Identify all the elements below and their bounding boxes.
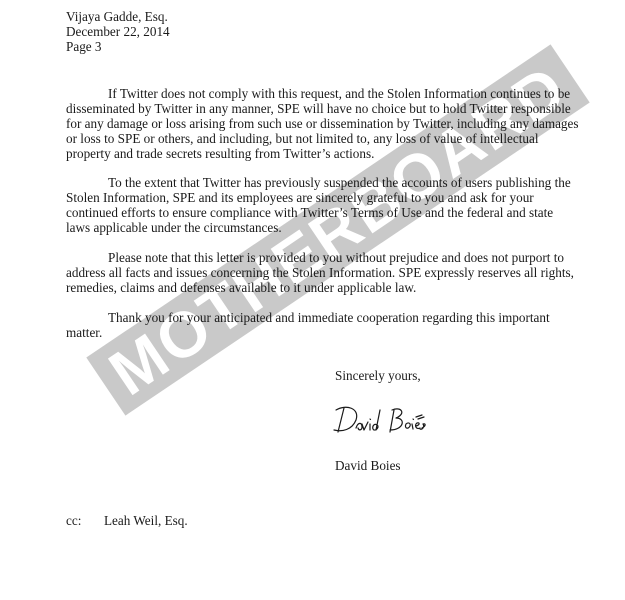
paragraph-line: or loss to SPE or others, and including,… <box>66 131 586 146</box>
paragraph-noncompliance: If Twitter does not comply with this req… <box>66 86 586 161</box>
page-number: Page 3 <box>66 39 170 54</box>
cc-recipient: Leah Weil, Esq. <box>104 513 188 528</box>
letter-header: Vijaya Gadde, Esq. December 22, 2014 Pag… <box>66 9 170 54</box>
paragraph-line: Stolen Information, SPE and its employee… <box>66 190 586 205</box>
recipient-name: Vijaya Gadde, Esq. <box>66 9 170 24</box>
paragraph-thanks: Thank you for your anticipated and immed… <box>66 310 586 340</box>
paragraph-gratitude: To the extent that Twitter has previousl… <box>66 175 586 235</box>
paragraph-line: Thank you for your anticipated and immed… <box>66 310 586 325</box>
paragraph-line: To the extent that Twitter has previousl… <box>66 175 586 190</box>
paragraph-line: remedies, claims and defenses available … <box>66 280 586 295</box>
paragraph-line: disseminated by Twitter in any manner, S… <box>66 101 586 116</box>
handwritten-signature-icon <box>330 400 450 440</box>
paragraph-line: continued efforts to ensure compliance w… <box>66 205 586 220</box>
paragraph-line: matter. <box>66 325 586 340</box>
closing-salutation: Sincerely yours, <box>335 368 421 383</box>
paragraph-line: address all facts and issues concerning … <box>66 265 586 280</box>
signer-name: David Boies <box>335 458 401 473</box>
carbon-copy: cc: Leah Weil, Esq. <box>66 513 188 528</box>
paragraph-line: Please note that this letter is provided… <box>66 250 586 265</box>
paragraph-line: for any damage or loss arising from such… <box>66 116 586 131</box>
paragraph-line: property and trade secrets resulting fro… <box>66 146 586 161</box>
paragraph-line: If Twitter does not comply with this req… <box>66 86 586 101</box>
cc-label: cc: <box>66 513 104 528</box>
paragraph-line: laws applicable under the circumstances. <box>66 220 586 235</box>
letter-date: December 22, 2014 <box>66 24 170 39</box>
letter-page: MOTHERBOARD Vijaya Gadde, Esq. December … <box>0 0 625 600</box>
paragraph-reservation: Please note that this letter is provided… <box>66 250 586 295</box>
